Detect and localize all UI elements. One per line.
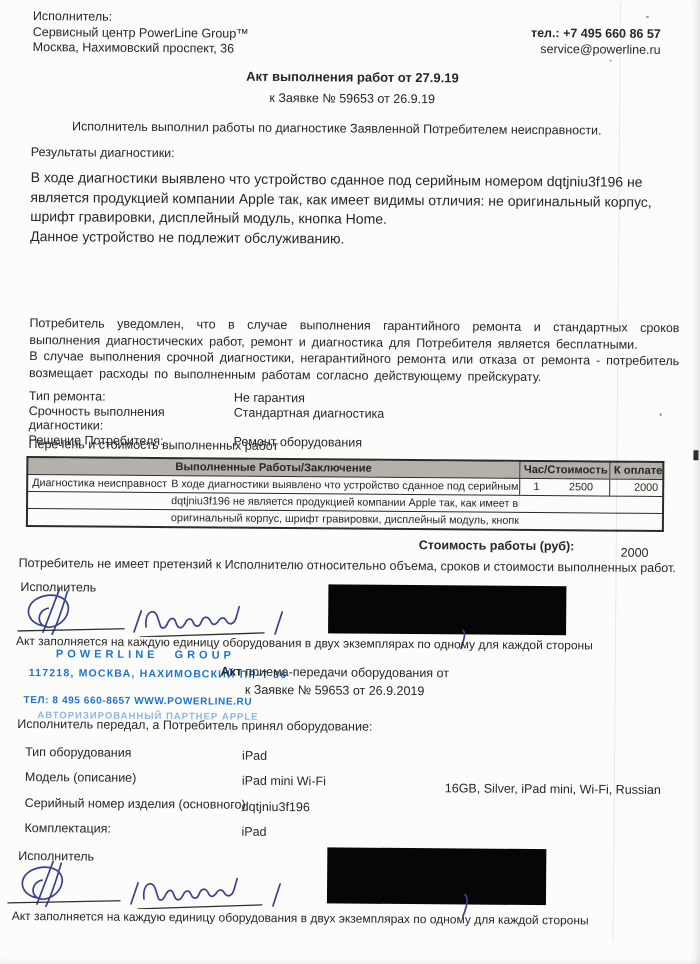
equipment-value: iPad mini Wi-Fi — [242, 774, 326, 789]
param-value: Стандартная диагностика — [234, 405, 385, 435]
equipment-row: Серийный номер изделия (основного) dqtjn… — [25, 796, 525, 818]
contact-header-block: тел.: +7 495 660 86 57 service@powerline… — [531, 26, 661, 58]
works-header-payable: К оплате — [609, 462, 663, 480]
works-table: Выполненные Работы/Заключение Час/Стоимо… — [26, 456, 665, 532]
work-hours-cell: 1 — [519, 478, 553, 495]
works-row-3: оригинальный корпус, шрифт гравировки, д… — [27, 509, 663, 531]
phone-number: тел.: +7 495 660 86 57 — [531, 26, 661, 43]
executor-header-block: Исполнитель: Сервисный центр PowerLine G… — [33, 9, 249, 57]
works-caption: Перечень и стоимость выполненных работ — [28, 437, 278, 454]
empty-cell — [553, 513, 609, 531]
work-act-intro: Исполнитель выполнил работы по диагности… — [32, 119, 682, 139]
redaction-box — [327, 847, 546, 905]
equipment-row: Комплектация: iPad — [24, 821, 524, 843]
redaction-box — [328, 584, 566, 635]
company-address: Москва, Нахимовский проспект, 36 — [33, 40, 249, 57]
configuration-note: 16GB, Silver, iPad mini, Wi-Fi, Russian — [445, 781, 661, 798]
equipment-label: Серийный номер изделия (основного) — [25, 796, 246, 812]
empty-cell — [27, 492, 167, 510]
work-payable-cell: 2000 — [609, 479, 663, 496]
transfer-act-title-rest: приема-передачи оборудования от — [242, 665, 449, 681]
equipment-value: dqtjniu3f196 — [242, 800, 310, 815]
stamp-company-line: POWERLINE GROUP — [56, 648, 235, 661]
equipment-value: iPad — [241, 825, 266, 839]
scan-speck — [610, 60, 612, 62]
scan-speck — [660, 413, 662, 416]
executor-label: Исполнитель: — [33, 9, 249, 26]
email-address: service@powerline.ru — [531, 41, 661, 58]
transfer-line: Исполнитель передал, а Потребитель приня… — [17, 717, 372, 735]
document-content: Исполнитель: Сервисный центр PowerLine G… — [0, 0, 700, 964]
param-label: Тип ремонта: — [29, 389, 234, 405]
param-value: Не гарантия — [234, 391, 305, 406]
equipment-label: Комплектация: — [24, 821, 110, 836]
works-header-hours-cost: Час/Стоимость — [519, 461, 609, 479]
empty-cell — [519, 512, 553, 530]
scan-mark-artifact — [693, 450, 698, 460]
equipment-label: Тип оборудования — [25, 745, 131, 760]
transfer-act-subtitle: к Заявке № 59653 от 26.9.2019 — [170, 682, 500, 700]
empty-cell — [609, 513, 663, 531]
equipment-label: Модель (описание) — [25, 770, 137, 785]
work-cost-cell: 2500 — [553, 479, 609, 496]
work-act-subtitle: к Заявке № 59653 от 26.9.19 — [2, 89, 700, 109]
total-value: 2000 — [621, 546, 649, 561]
work-act-title: Акт выполнения работ от 27.9.19 — [2, 67, 700, 87]
works-table-wrap: Выполненные Работы/Заключение Час/Стоимо… — [26, 456, 665, 532]
work-name-cell: Диагностика неисправности — [27, 475, 167, 493]
empty-cell — [519, 495, 553, 512]
param-row: Срочность выполнения диагностики: Станда… — [29, 404, 385, 436]
scan-speck — [646, 16, 649, 18]
results-paragraph: В ходе диагностики выявлено что устройст… — [30, 168, 686, 251]
copies-note: Акт заполняется на каждую единицу оборуд… — [12, 909, 652, 928]
notice-paragraph: Потребитель уведомлен, что в случае выпо… — [29, 315, 679, 386]
empty-cell — [609, 496, 663, 513]
no-claims-line: Потребитель не имеет претензий к Исполни… — [19, 556, 684, 576]
total-label: Стоимость работы (руб): — [419, 538, 575, 554]
signature-handwritten — [12, 584, 302, 638]
company-name: Сервисный центр PowerLine Group™ — [33, 25, 249, 42]
empty-cell — [553, 496, 609, 513]
transfer-act-title-block: Акт приема-передачи оборудования от к За… — [170, 664, 500, 700]
equipment-row: Тип оборудования iPad — [25, 745, 525, 767]
signature-handwritten — [4, 854, 304, 910]
scanned-document-sheet: Исполнитель: Сервисный центр PowerLine G… — [0, 0, 700, 964]
transfer-act-title: Акт приема-передачи оборудования от — [170, 664, 500, 682]
transfer-act-title-word: Акт — [220, 665, 242, 679]
results-label: Результаты диагностики: — [31, 145, 175, 161]
param-label: Срочность выполнения диагностики: — [29, 404, 234, 435]
equipment-value: iPad — [242, 749, 267, 763]
empty-cell — [27, 509, 167, 528]
work-desc-cell: оригинальный корпус, шрифт гравировки, д… — [167, 510, 519, 530]
